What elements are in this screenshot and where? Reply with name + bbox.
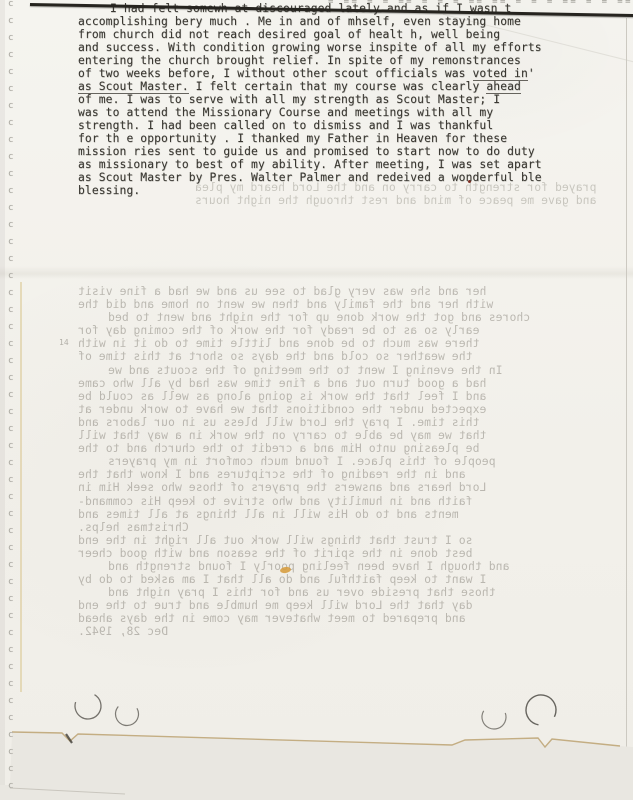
edge-glyph: c [8, 540, 22, 557]
edge-glyph: c [8, 693, 22, 710]
edge-glyph: c [8, 676, 22, 693]
edge-glyph: c [8, 30, 22, 47]
horizontal-crease [0, 266, 633, 279]
typed-line: as Scout Master by Pres. Walter Palmer a… [78, 171, 556, 184]
edge-glyph: c [8, 727, 22, 744]
edge-glyph: c [8, 200, 22, 217]
edge-glyph: c [8, 81, 22, 98]
edge-glyph: c [8, 710, 22, 727]
edge-glyph: c [8, 489, 22, 506]
edge-glyph: c [8, 285, 22, 302]
page-right-edge [626, 18, 627, 748]
typed-line: and success. With condition growing wors… [78, 41, 556, 54]
bleed-line: ments and to do His will in all things a… [78, 508, 568, 521]
edge-glyph: c [8, 268, 22, 285]
edge-glyph: c [8, 659, 22, 676]
edge-glyph: c [8, 13, 22, 30]
typed-line: as Scout Master. I felt certain that my … [78, 80, 556, 93]
bleed-line: her and she was very glad to see us and … [78, 285, 568, 298]
edge-glyph: c [8, 574, 22, 591]
typed-line: mission ries sent to guide us and promis… [78, 145, 556, 158]
edge-glyph: c [8, 302, 22, 319]
edge-glyph: c [8, 251, 22, 268]
bleed-line: people of this place. I found much comfo… [78, 455, 568, 468]
edge-glyph: c [8, 608, 22, 625]
edge-glyph: c [8, 217, 22, 234]
edge-glyph: c [8, 404, 22, 421]
edge-glyph: c [8, 438, 22, 455]
edge-glyph: c [8, 234, 22, 251]
punch-hole [524, 693, 559, 728]
bleed-line: the weather so cold and the days so shor… [78, 350, 568, 363]
edge-glyph: c [8, 64, 22, 81]
edge-glyph: c [8, 472, 22, 489]
bleed-line: early so as to be ready for the work of … [78, 324, 568, 337]
edge-glyph: c [8, 642, 22, 659]
edge-glyph: c [8, 336, 22, 353]
bleed-line: and I feel that the work is going along … [78, 390, 568, 403]
bleed-line: with her and the family and then we went… [78, 298, 568, 311]
typed-line: strength. I had been called on to dismis… [78, 119, 556, 132]
bleed-line: those that preside over us and for this … [78, 586, 568, 599]
bleed-line: best done in the spirit of the season an… [78, 547, 568, 560]
edge-glyph: c [8, 591, 22, 608]
edge-glyph: c [8, 98, 22, 115]
bleed-line: day that the Lord will keep me humble an… [78, 599, 568, 612]
bleed-line: so I trust that things will work out all… [78, 534, 568, 547]
bleed-line: and in the reading of the scriptures and… [78, 468, 568, 481]
edge-glyph: c [8, 183, 22, 200]
bleed-line: there was much to be done and little tim… [78, 337, 568, 350]
edge-glyph: c [8, 353, 22, 370]
bleed-line: and prepared to meet whatever may come i… [78, 612, 568, 625]
typed-line: entering the church brought relief. In s… [78, 54, 556, 67]
typed-line: of two weeks before, I without other sco… [78, 67, 556, 80]
bleed-dash-column: cccccccccccccccccccccccccccccccccccccccc… [8, 0, 22, 795]
bleed-line: chores and got the work done up for the … [78, 311, 568, 324]
bleed-line: Dec 28, 1942. [78, 625, 568, 638]
bleed-line: Christmas helps. [78, 521, 568, 534]
typed-line: of me. I was to serve with all my streng… [78, 93, 556, 106]
typed-line: was to attend the Missionary Course and … [78, 106, 556, 119]
scanned-page: cccccccccccccccccccccccccccccccccccccccc… [0, 0, 633, 800]
typed-text-block: I had felt somewh at discouraged lately … [78, 2, 556, 197]
edge-glyph: c [8, 421, 22, 438]
bleed-line: expected under the conditions that we ha… [78, 403, 568, 416]
punch-hole [111, 698, 142, 729]
edge-glyph: c [8, 47, 22, 64]
edge-glyph: c [8, 557, 22, 574]
bleed-line: that we may be able to carry on the work… [78, 429, 568, 442]
edge-glyph: c [8, 0, 22, 13]
margin-mark: 14 [59, 338, 69, 347]
edge-glyph: c [8, 319, 22, 336]
bleed-line: be pleasing unto Him and a credit to the… [78, 442, 568, 455]
scan-left-shadow [0, 0, 5, 800]
edge-glyph: c [8, 761, 22, 778]
edge-glyph: c [8, 744, 22, 761]
edge-glyph: c [8, 166, 22, 183]
bleed-line: faith and in humility and who strive to … [78, 495, 568, 508]
bleed-line: had a good turn out and a fine time was … [78, 377, 568, 390]
bleed-line: I want to keep faithful and do all that … [78, 573, 568, 586]
typed-line: blessing. [78, 184, 556, 197]
bleed-line: and though I have been feeling poorly I … [78, 560, 568, 573]
edge-glyph: c [8, 455, 22, 472]
bleed-line: this time. I pray the Lord will bless us… [78, 416, 568, 429]
typed-line: accomplishing bery much . Me in and of m… [78, 15, 556, 28]
bleed-line: Lord hears and answers the prayers of th… [78, 481, 568, 494]
edge-glyph: c [8, 387, 22, 404]
typed-line: for th e opportunity . I thanked my Fath… [78, 132, 556, 145]
edge-glyph: c [8, 625, 22, 642]
edge-glyph: c [8, 370, 22, 387]
page-bottom-edge [0, 690, 633, 800]
typed-line: as missionary to best of my ability. Aft… [78, 158, 556, 171]
punch-hole [70, 690, 106, 724]
edge-glyph: c [8, 523, 22, 540]
edge-glyph: c [8, 506, 22, 523]
edge-glyph: c [8, 149, 22, 166]
edge-glyph: c [8, 132, 22, 149]
edge-glyph: c [8, 778, 22, 795]
edge-glyph: c [8, 115, 22, 132]
typed-line: from church did not reach desired goal o… [78, 28, 556, 41]
punch-hole [479, 702, 510, 733]
under-page-region [0, 732, 633, 800]
bleed-through-text: her and she was very glad to see us and … [78, 285, 568, 639]
bleed-line: In the evening I went to the meeting of … [78, 364, 568, 377]
